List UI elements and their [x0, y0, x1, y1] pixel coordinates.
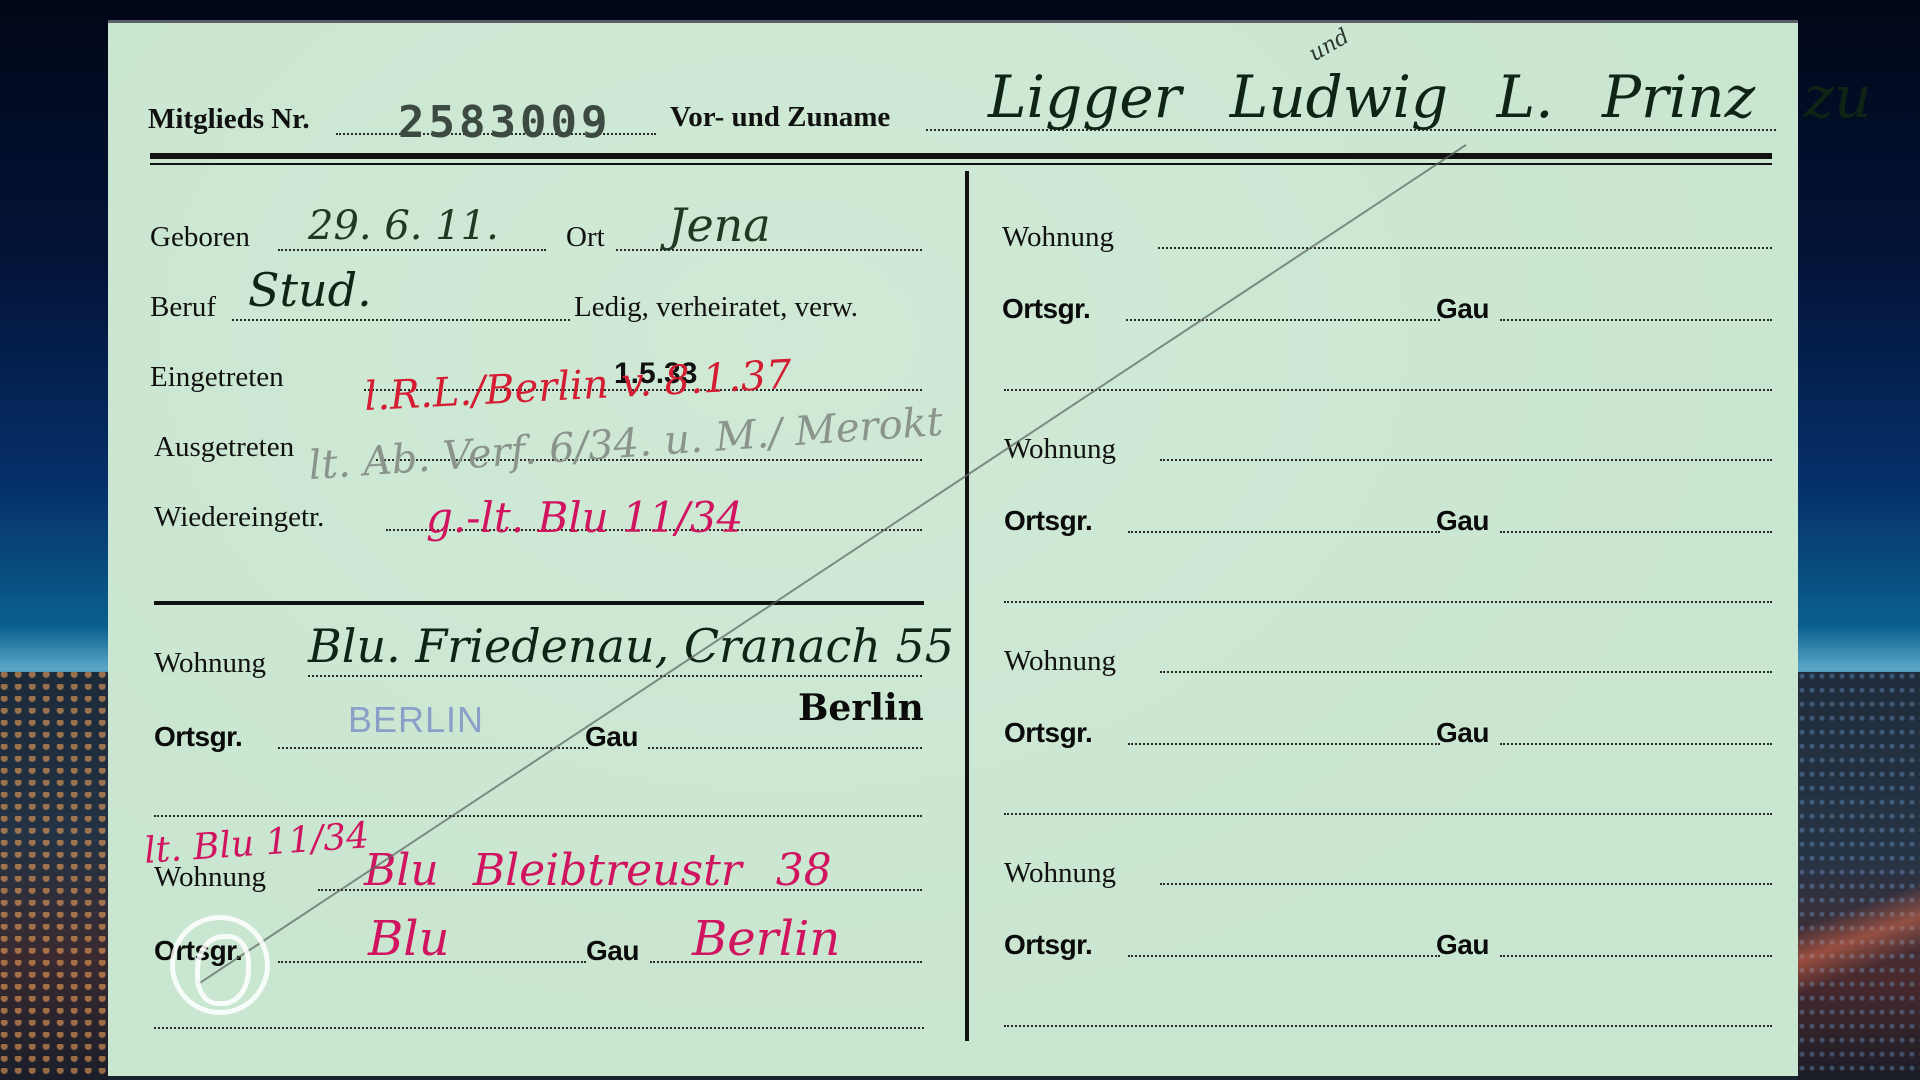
geboren-line — [278, 249, 546, 251]
column-divider — [965, 171, 969, 1041]
right-block4-gau-label: Gau — [1436, 929, 1489, 961]
right-block2-gau-label: Gau — [1436, 505, 1489, 537]
pencil-strike-line — [198, 144, 1467, 985]
name-annotation: und — [1305, 24, 1354, 67]
membership-card: Mitglieds Nr. 2583009 Vor- und Zuname Li… — [108, 20, 1798, 1076]
city-background-right — [1798, 672, 1920, 1080]
left-separator-line-2 — [154, 1027, 924, 1029]
right-block4-ortsgr-line — [1128, 955, 1440, 957]
header-rule-thick — [150, 153, 1772, 159]
right-block3-wohnung-line — [1160, 671, 1772, 673]
address1-gau-value: Berlin — [798, 687, 924, 729]
right-block3-wohnung-label: Wohnung — [1004, 645, 1116, 678]
address1-gau-line — [648, 747, 922, 749]
right-block3-gau-line — [1500, 743, 1772, 745]
right-block3-extra-line — [1004, 813, 1772, 815]
address1-wohnung-line — [308, 675, 922, 677]
family-status-label: Ledig, verheiratet, verw. — [574, 291, 858, 324]
right-block2-wohnung-line — [1160, 459, 1772, 461]
ausgetreten-label: Ausgetreten — [154, 431, 294, 464]
right-block4-extra-line — [1004, 1025, 1772, 1027]
watermark-logo-icon — [170, 915, 270, 1015]
member-no-label: Mitglieds Nr. — [148, 103, 310, 136]
address1-ortsgr-label: Ortsgr. — [154, 721, 242, 753]
header-rule-thin — [150, 163, 1772, 165]
right-block1-gau-label: Gau — [1436, 293, 1489, 325]
address1-ortsgr-line — [278, 747, 588, 749]
address2-ortsgr-value: Blu — [368, 911, 450, 967]
right-block4-gau-line — [1500, 955, 1772, 957]
right-block2-gau-line — [1500, 531, 1772, 533]
ort-value: Jena — [668, 198, 771, 252]
address1-ortsgr-stamp: BERLIN — [348, 699, 484, 741]
left-separator-line-1 — [154, 815, 922, 817]
beruf-line — [232, 319, 570, 321]
address2-gau-label: Gau — [586, 935, 639, 967]
name-value: Ligger Ludwig L. Prinz zu — [988, 63, 1872, 131]
geboren-label: Geboren — [150, 221, 250, 254]
right-block1-wohnung-label: Wohnung — [1002, 221, 1114, 254]
right-block3-ortsgr-label: Ortsgr. — [1004, 717, 1092, 749]
right-block1-ortsgr-line — [1126, 319, 1440, 321]
right-block1-gau-line — [1500, 319, 1772, 321]
address2-wohnung-label: Wohnung — [154, 861, 266, 894]
right-block3-ortsgr-line — [1128, 743, 1440, 745]
right-block1-ortsgr-label: Ortsgr. — [1002, 293, 1090, 325]
right-block3-gau-label: Gau — [1436, 717, 1489, 749]
member-no-value: 2583009 — [398, 97, 611, 148]
city-background-left — [0, 672, 108, 1080]
right-block4-ortsgr-label: Ortsgr. — [1004, 929, 1092, 961]
right-block1-wohnung-line — [1158, 247, 1772, 249]
right-block2-extra-line — [1004, 601, 1772, 603]
geboren-value: 29. 6. 11. — [308, 203, 499, 249]
eingetreten-label: Eingetreten — [150, 361, 284, 394]
left-section-rule — [154, 601, 924, 605]
address1-gau-label: Gau — [585, 721, 638, 753]
wiedereingetr-note: g.-lt. Blu 11/34 — [426, 493, 743, 542]
address2-gau-value: Berlin — [692, 911, 840, 967]
right-block1-extra-line — [1004, 389, 1772, 391]
name-label: Vor- und Zuname — [670, 101, 890, 134]
right-block4-wohnung-line — [1160, 883, 1772, 885]
right-block2-ortsgr-label: Ortsgr. — [1004, 505, 1092, 537]
ort-label: Ort — [566, 221, 605, 254]
right-block2-ortsgr-line — [1128, 531, 1440, 533]
address1-wohnung-value: Blu. Friedenau, Cranach 55 — [308, 619, 954, 673]
right-block4-wohnung-label: Wohnung — [1004, 857, 1116, 890]
address1-wohnung-label: Wohnung — [154, 647, 266, 680]
beruf-value: Stud. — [248, 263, 372, 317]
wiedereingetr-label: Wiedereingetr. — [154, 501, 324, 534]
address2-wohnung-value: Blu Bleibtreustr 38 — [364, 845, 832, 896]
eingetreten-red-note: l.R.L./Berlin v. 8.1.37 — [363, 352, 793, 420]
beruf-label: Beruf — [150, 291, 216, 324]
